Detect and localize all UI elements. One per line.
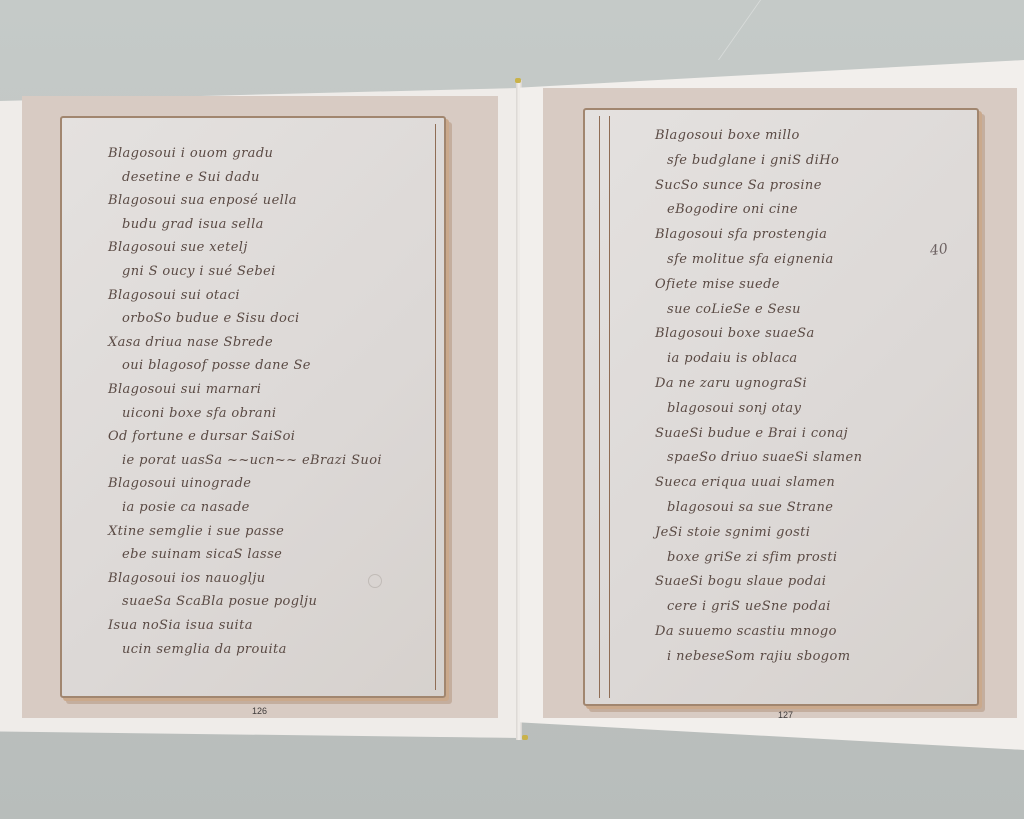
page-number-left: 126 bbox=[252, 706, 267, 716]
manuscript-line: ucin semglia da prouita bbox=[122, 642, 287, 657]
leaf-edge-line bbox=[609, 116, 610, 698]
manuscript-line: blagosoui sa sue Strane bbox=[667, 500, 833, 515]
manuscript-line: SuaeSi budue e Brai i conaj bbox=[655, 426, 848, 441]
manuscript-line: Blagosoui i ouom gradu bbox=[108, 146, 273, 161]
manuscript-line: Blagosoui boxe suaeSa bbox=[655, 326, 815, 341]
manuscript-line: Blagosoui sui otaci bbox=[108, 288, 240, 303]
manuscript-line: Blagosoui sue xetelj bbox=[108, 240, 248, 255]
manuscript-line: sfe budglane i gniS diHo bbox=[667, 153, 839, 168]
manuscript-line: cere i griS ueSne podai bbox=[667, 599, 831, 614]
manuscript-line: sfe molitue sfa eignenia bbox=[667, 252, 834, 267]
leaf-edge-line bbox=[599, 116, 600, 698]
manuscript-line: Blagosoui sfa prostengia bbox=[655, 227, 827, 242]
manuscript-line: ia posie ca nasade bbox=[122, 500, 250, 515]
manuscript-line: Ofiete mise suede bbox=[655, 277, 780, 292]
manuscript-line: Blagosoui sua enposé uella bbox=[108, 193, 297, 208]
manuscript-line: Da suuemo scastiu mnogo bbox=[655, 624, 837, 639]
manuscript-line: Xtine semglie i sue passe bbox=[108, 524, 284, 539]
manuscript-line: desetine e Sui dadu bbox=[122, 170, 260, 185]
manuscript-line: SuaeSi bogu slaue podai bbox=[655, 574, 826, 589]
leaf-edge-line bbox=[435, 124, 436, 690]
manuscript-line: gni S oucy i sué Sebei bbox=[122, 264, 276, 279]
manuscript-line: ia podaiu is oblaca bbox=[667, 351, 798, 366]
manuscript-line: budu grad isua sella bbox=[122, 217, 264, 232]
manuscript-line: eBogodire oni cine bbox=[667, 202, 798, 217]
manuscript-line: suaeSa ScaBla posue poglju bbox=[122, 594, 317, 609]
open-book: Blagosoui i ouom gradudesetine e Sui dad… bbox=[0, 0, 1024, 819]
left-manuscript-leaf: Blagosoui i ouom gradudesetine e Sui dad… bbox=[60, 116, 446, 698]
manuscript-line: sue coLieSe e Sesu bbox=[667, 302, 801, 317]
manuscript-line: Sueca eriqua uuai slamen bbox=[655, 475, 835, 490]
manuscript-line: ebe suinam sicaS lasse bbox=[122, 547, 282, 562]
manuscript-line: Xasa driua nase Sbrede bbox=[108, 335, 273, 350]
manuscript-line: ie porat uasSa ~~ucn~~ eBrazi Suoi bbox=[122, 453, 382, 468]
manuscript-line: spaeSo driuo suaeSi slamen bbox=[667, 450, 862, 465]
binding-thread-top bbox=[515, 78, 521, 83]
manuscript-line: orboSo budue e Sisu doci bbox=[122, 311, 300, 326]
manuscript-line: Isua noSia isua suita bbox=[108, 618, 253, 633]
manuscript-line: Blagosoui ios nauoglju bbox=[108, 571, 266, 586]
manuscript-line: Blagosoui uinograde bbox=[108, 476, 251, 491]
manuscript-line: uiconi boxe sfa obrani bbox=[122, 406, 276, 421]
paper-stain bbox=[368, 574, 382, 588]
manuscript-line: JeSi stoie sgnimi gosti bbox=[655, 525, 810, 540]
manuscript-line: boxe griSe zi sfim prosti bbox=[667, 550, 837, 565]
page-number-right: 127 bbox=[778, 710, 793, 720]
folio-number: 40 bbox=[929, 241, 949, 259]
manuscript-line: blagosoui sonj otay bbox=[667, 401, 801, 416]
manuscript-line: Blagosoui boxe millo bbox=[655, 128, 800, 143]
binding-thread-bottom bbox=[522, 735, 528, 740]
right-manuscript-leaf: Blagosoui boxe millosfe budglane i gniS … bbox=[583, 108, 979, 706]
manuscript-line: oui blagosof posse dane Se bbox=[122, 358, 311, 373]
manuscript-line: Blagosoui sui marnari bbox=[108, 382, 261, 397]
manuscript-line: Da ne zaru ugnograSi bbox=[655, 376, 807, 391]
manuscript-line: SucSo sunce Sa prosine bbox=[655, 178, 822, 193]
manuscript-line: Od fortune e dursar SaiSoi bbox=[108, 429, 295, 444]
manuscript-line: i nebeseSom rajiu sbogom bbox=[667, 649, 850, 664]
